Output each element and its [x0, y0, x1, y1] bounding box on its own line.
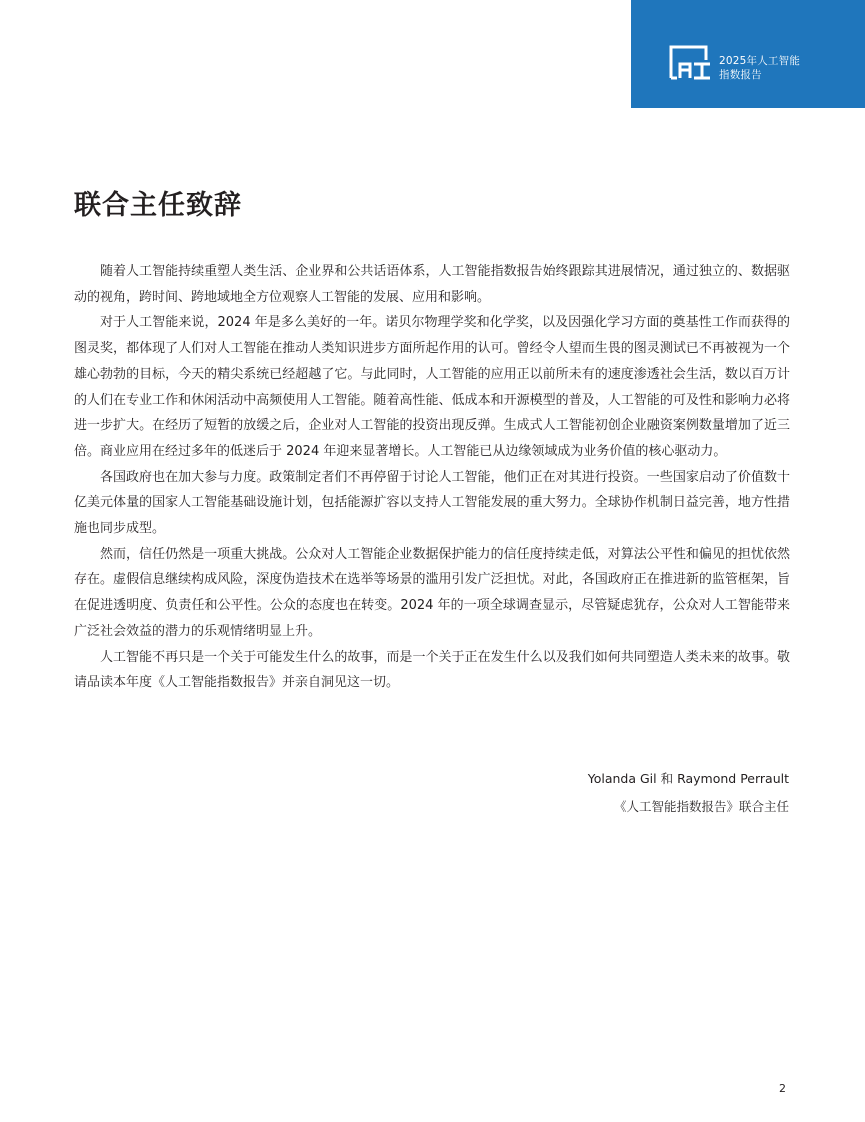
signature-block: Yolanda Gil 和 Raymond Perrault 《人工智能指数报告…	[588, 765, 789, 821]
page-title: 联合主任致辞	[74, 183, 242, 222]
report-header-badge: 2025年人工智能 指数报告	[631, 0, 865, 108]
report-title: 2025年人工智能 指数报告	[719, 54, 800, 82]
paragraph: 对于人工智能来说，2024 年是多么美好的一年。诺贝尔物理学奖和化学奖，以及因强…	[74, 310, 790, 464]
signature-role: 《人工智能指数报告》联合主任	[588, 793, 789, 821]
paragraph: 随着人工智能持续重塑人类生活、企业界和公共话语体系，人工智能指数报告始终跟踪其进…	[74, 259, 790, 310]
signature-names: Yolanda Gil 和 Raymond Perrault	[588, 765, 789, 793]
report-title-line2: 指数报告	[719, 68, 800, 82]
paragraph: 然而，信任仍然是一项重大挑战。公众对人工智能企业数据保护能力的信任度持续走低，对…	[74, 542, 790, 645]
page-number: 2	[779, 1082, 786, 1095]
ai-index-logo-icon	[668, 44, 712, 80]
paragraph: 各国政府也在加大参与力度。政策制定者们不再停留于讨论人工智能，他们正在对其进行投…	[74, 465, 790, 542]
paragraph: 人工智能不再只是一个关于可能发生什么的故事，而是一个关于正在发生什么以及我们如何…	[74, 645, 790, 696]
letter-body: 随着人工智能持续重塑人类生活、企业界和公共话语体系，人工智能指数报告始终跟踪其进…	[74, 259, 790, 696]
report-title-line1: 2025年人工智能	[719, 54, 800, 68]
